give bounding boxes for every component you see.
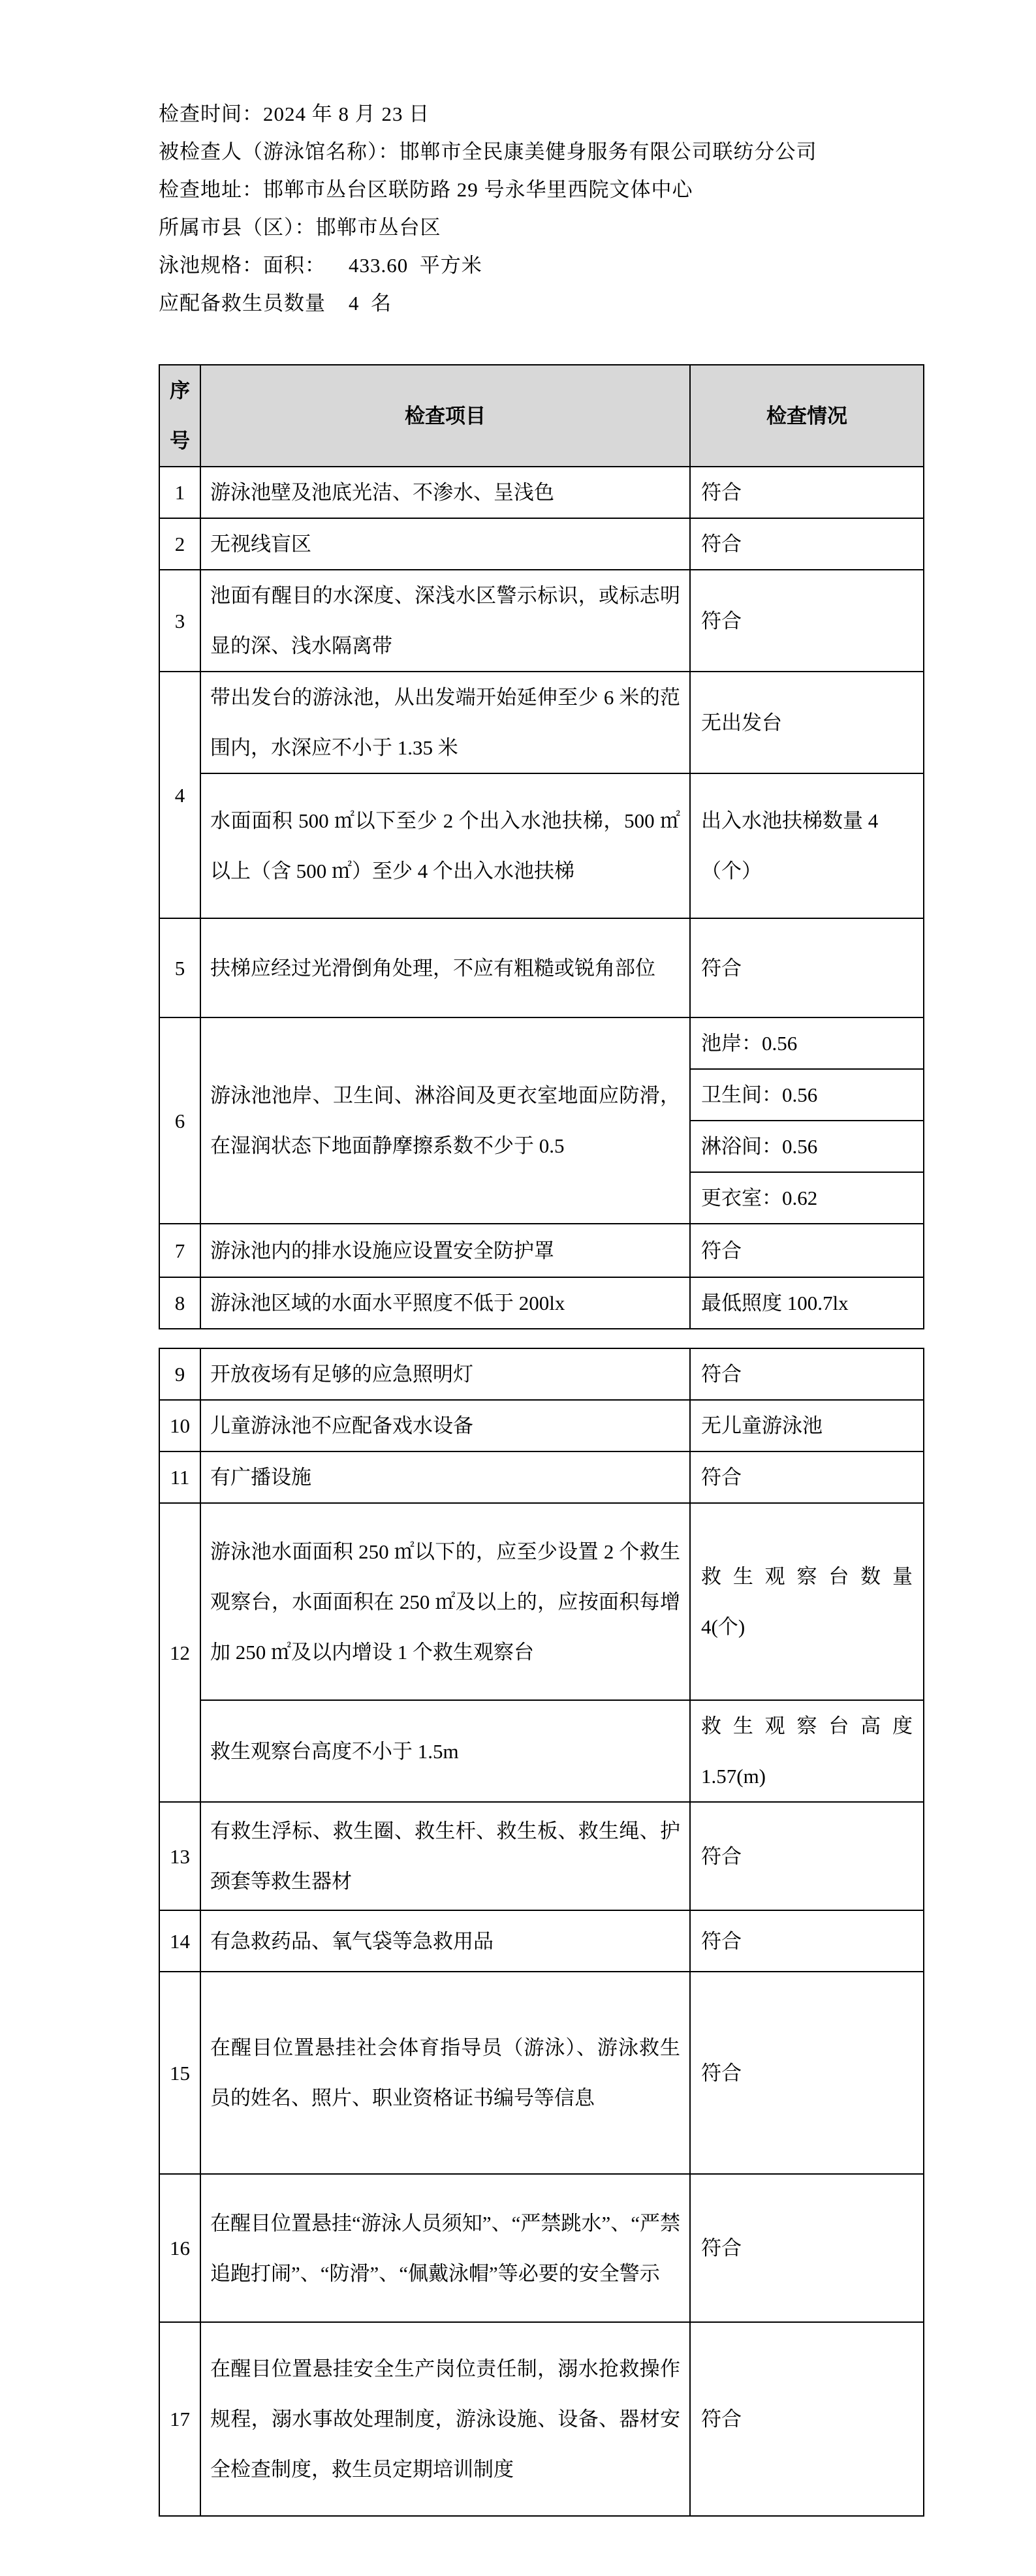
status-cell: 无儿童游泳池: [690, 1400, 924, 1451]
column-header-item: 检查项目: [200, 365, 690, 467]
status-cell: 出入水池扶梯数量 4（个）: [690, 773, 924, 918]
table-row: 8 游泳池区域的水面水平照度不低于 200lx 最低照度 100.7lx: [159, 1277, 924, 1329]
seq-cell: 4: [159, 672, 200, 918]
seq-cell: 2: [159, 518, 200, 570]
status-cell: 无出发台: [690, 672, 924, 773]
item-cell: 儿童游泳池不应配备戏水设备: [200, 1400, 690, 1451]
table-row: 15 在醒目位置悬挂社会体育指导员（游泳）、游泳救生员的姓名、照片、职业资格证书…: [159, 1972, 924, 2174]
status-cell: 符合: [690, 467, 924, 518]
table-row: 16 在醒目位置悬挂“游泳人员须知”、“严禁跳水”、“严禁追跑打闹”、“防滑”、…: [159, 2174, 924, 2322]
status-cell: 符合: [690, 1451, 924, 1503]
seq-cell: 8: [159, 1277, 200, 1329]
seq-cell: 17: [159, 2322, 200, 2516]
seq-cell: 11: [159, 1451, 200, 1503]
seq-cell: 13: [159, 1802, 200, 1910]
table-row: 13 有救生浮标、救生圈、救生杆、救生板、救生绳、护颈套等救生器材 符合: [159, 1802, 924, 1910]
status-cell: 符合: [690, 2174, 924, 2322]
item-cell: 游泳池区域的水面水平照度不低于 200lx: [200, 1277, 690, 1329]
table-row: 10 儿童游泳池不应配备戏水设备 无儿童游泳池: [159, 1400, 924, 1451]
status-cell: 符合: [690, 1910, 924, 1972]
status-text-line1: 救生观察台数量: [701, 1551, 913, 1602]
seq-cell: 12: [159, 1503, 200, 1802]
item-cell: 在醒目位置悬挂安全生产岗位责任制，溺水抢救操作规程，溺水事故处理制度，游泳设施、…: [200, 2322, 690, 2516]
item-cell: 带出发台的游泳池，从出发端开始延伸至少 6 米的范围内，水深应不小于 1.35 …: [200, 672, 690, 773]
status-cell: 更衣室：0.62: [690, 1172, 924, 1224]
status-text-line1: 救生观察台高度: [701, 1701, 913, 1751]
item-cell: 扶梯应经过光滑倒角处理，不应有粗糙或锐角部位: [200, 918, 690, 1017]
status-cell: 救生观察台高度 1.57(m): [690, 1700, 924, 1802]
status-text-line2: 4(个): [701, 1602, 913, 1652]
table-row: 11 有广播设施 符合: [159, 1451, 924, 1503]
seq-cell: 16: [159, 2174, 200, 2322]
item-cell: 有救生浮标、救生圈、救生杆、救生板、救生绳、护颈套等救生器材: [200, 1802, 690, 1910]
item-cell: 游泳池内的排水设施应设置安全防护罩: [200, 1224, 690, 1277]
seq-cell: 5: [159, 918, 200, 1017]
status-cell: 淋浴间：0.56: [690, 1121, 924, 1172]
item-cell: 池面有醒目的水深度、深浅水区警示标识，或标志明显的深、浅水隔离带: [200, 570, 690, 672]
table-subrow: 救生观察台高度不小于 1.5m 救生观察台高度 1.57(m): [159, 1700, 924, 1802]
item-cell: 游泳池池岸、卫生间、淋浴间及更衣室地面应防滑，在湿润状态下地面静摩擦系数不少于 …: [200, 1017, 690, 1224]
table-row: 2 无视线盲区 符合: [159, 518, 924, 570]
header-line-inspection-address: 检查地址：邯郸市丛台区联防路 29 号永华里西院文体中心: [159, 171, 929, 209]
item-cell: 有急救药品、氧气袋等急救用品: [200, 1910, 690, 1972]
status-cell: 最低照度 100.7lx: [690, 1277, 924, 1329]
column-header-status: 检查情况: [690, 365, 924, 467]
header-line-inspection-time: 检查时间：2024 年 8 月 23 日: [159, 95, 929, 133]
header-line-district: 所属市县（区）：邯郸市丛台区: [159, 209, 929, 247]
status-cell: 符合: [690, 2322, 924, 2516]
document-page: 检查时间：2024 年 8 月 23 日 被检查人（游泳馆名称）：邯郸市全民康美…: [0, 0, 1036, 2576]
table-row: 9 开放夜场有足够的应急照明灯 符合: [159, 1348, 924, 1400]
seq-cell: 3: [159, 570, 200, 672]
item-cell: 游泳池壁及池底光洁、不渗水、呈浅色: [200, 467, 690, 518]
status-cell: 符合: [690, 518, 924, 570]
item-cell: 无视线盲区: [200, 518, 690, 570]
seq-cell: 10: [159, 1400, 200, 1451]
table-subrow: 水面面积 500 ㎡以下至少 2 个出入水池扶梯，500 ㎡以上（含 500 ㎡…: [159, 773, 924, 918]
seq-cell: 9: [159, 1348, 200, 1400]
seq-cell: 6: [159, 1017, 200, 1224]
status-cell: 符合: [690, 1802, 924, 1910]
table-row: 14 有急救药品、氧气袋等急救用品 符合: [159, 1910, 924, 1972]
header-line-inspected-entity: 被检查人（游泳馆名称）：邯郸市全民康美健身服务有限公司联纺分公司: [159, 133, 929, 171]
status-cell: 卫生间：0.56: [690, 1069, 924, 1121]
seq-cell: 15: [159, 1972, 200, 2174]
table-row: 6 游泳池池岸、卫生间、淋浴间及更衣室地面应防滑，在湿润状态下地面静摩擦系数不少…: [159, 1017, 924, 1069]
item-cell: 救生观察台高度不小于 1.5m: [200, 1700, 690, 1802]
table-row: 17 在醒目位置悬挂安全生产岗位责任制，溺水抢救操作规程，溺水事故处理制度，游泳…: [159, 2322, 924, 2516]
table-row: 7 游泳池内的排水设施应设置安全防护罩 符合: [159, 1224, 924, 1277]
status-text-line2: 1.57(m): [701, 1751, 913, 1801]
inspection-table-part-1: 序号 检查项目 检查情况 1 游泳池壁及池底光洁、不渗水、呈浅色 符合 2 无视…: [159, 364, 924, 1329]
table-row: 4 带出发台的游泳池，从出发端开始延伸至少 6 米的范围内，水深应不小于 1.3…: [159, 672, 924, 773]
table-row: 5 扶梯应经过光滑倒角处理，不应有粗糙或锐角部位 符合: [159, 918, 924, 1017]
item-cell: 游泳池水面面积 250 ㎡以下的，应至少设置 2 个救生观察台，水面面积在 25…: [200, 1503, 690, 1700]
status-cell: 池岸：0.56: [690, 1017, 924, 1069]
status-cell: 救生观察台数量 4(个): [690, 1503, 924, 1700]
status-cell: 符合: [690, 570, 924, 672]
header-line-lifeguard-count: 应配备救生员数量 4 名: [159, 285, 929, 322]
item-cell: 有广播设施: [200, 1451, 690, 1503]
seq-cell: 14: [159, 1910, 200, 1972]
table-row: 1 游泳池壁及池底光洁、不渗水、呈浅色 符合: [159, 467, 924, 518]
item-cell: 开放夜场有足够的应急照明灯: [200, 1348, 690, 1400]
seq-cell: 7: [159, 1224, 200, 1277]
column-header-seq: 序号: [159, 365, 200, 467]
status-cell: 符合: [690, 918, 924, 1017]
table-row: 3 池面有醒目的水深度、深浅水区警示标识，或标志明显的深、浅水隔离带 符合: [159, 570, 924, 672]
table-row: 12 游泳池水面面积 250 ㎡以下的，应至少设置 2 个救生观察台，水面面积在…: [159, 1503, 924, 1700]
item-cell: 在醒目位置悬挂“游泳人员须知”、“严禁跳水”、“严禁追跑打闹”、“防滑”、“佩戴…: [200, 2174, 690, 2322]
item-cell: 水面面积 500 ㎡以下至少 2 个出入水池扶梯，500 ㎡以上（含 500 ㎡…: [200, 773, 690, 918]
seq-cell: 1: [159, 467, 200, 518]
item-cell: 在醒目位置悬挂社会体育指导员（游泳）、游泳救生员的姓名、照片、职业资格证书编号等…: [200, 1972, 690, 2174]
status-cell: 符合: [690, 1348, 924, 1400]
status-cell: 符合: [690, 1972, 924, 2174]
document-header: 检查时间：2024 年 8 月 23 日 被检查人（游泳馆名称）：邯郸市全民康美…: [159, 95, 929, 322]
inspection-table-part-2: 9 开放夜场有足够的应急照明灯 符合 10 儿童游泳池不应配备戏水设备 无儿童游…: [159, 1348, 924, 2517]
table-header-row: 序号 检查项目 检查情况: [159, 365, 924, 467]
header-line-pool-spec: 泳池规格：面积： 433.60 平方米: [159, 247, 929, 285]
status-cell: 符合: [690, 1224, 924, 1277]
